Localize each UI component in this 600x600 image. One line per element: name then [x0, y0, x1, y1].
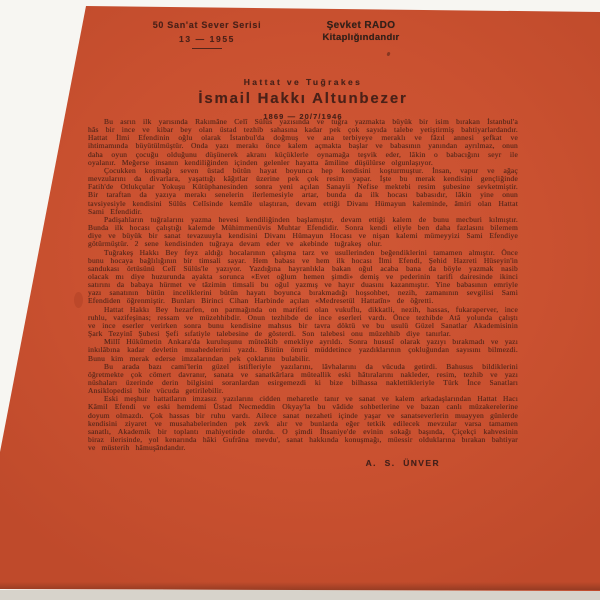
series-number: 13 — 1955	[142, 34, 272, 44]
stamp-owner-name: Şevket RADO	[300, 20, 422, 31]
paragraph: Çocukken koşmağı seven üstad bütün hayat…	[88, 167, 518, 216]
biography-text: Bu asrın ilk yarısında Rakımâne Celî Sül…	[88, 118, 518, 468]
edge-smudge	[74, 292, 83, 308]
series-title: 50 San'at Sever Serisi	[142, 20, 272, 30]
paragraph: Tuğrakeş Hakkı Bey feyz aldığı hocaların…	[88, 249, 518, 306]
title-name: İsmail Hakkı Altunbezer	[140, 90, 466, 107]
page-content: 50 San'at Sever Serisi 13 — 1955 Şevket …	[0, 0, 600, 600]
paragraph: Padişahların tuğralarını yazma hevesi ke…	[88, 216, 518, 249]
paragraph: Bu asrın ilk yarısında Rakımâne Celî Sül…	[88, 118, 518, 167]
paragraph: Hattat Hakkı Bey hezarfen, on parmağında…	[88, 306, 518, 339]
paragraph: Eski meşhur hattatların imzasız yazıları…	[88, 395, 518, 452]
stamp-owner-text: Kitaplığındandır	[300, 32, 422, 43]
paragraph: Millî Hükûmetin Ankara'da kuruluşunu müt…	[88, 338, 518, 362]
title-block: Hattat ve Tuğrakes İsmail Hakkı Altunbez…	[140, 77, 466, 121]
series-header: 50 San'at Sever Serisi 13 — 1955	[142, 20, 272, 49]
title-profession: Hattat ve Tuğrakes	[140, 77, 466, 87]
library-stamp: Şevket RADO Kitaplığındandır	[300, 20, 422, 43]
paragraph: Bu arada bazı cami'lerin güzel istifleri…	[88, 363, 518, 396]
author-signature: A. S. ÜNVER	[88, 459, 518, 467]
ink-speck	[386, 52, 390, 57]
photo-backdrop: 50 San'at Sever Serisi 13 — 1955 Şevket …	[0, 0, 600, 600]
series-rule	[192, 48, 222, 49]
